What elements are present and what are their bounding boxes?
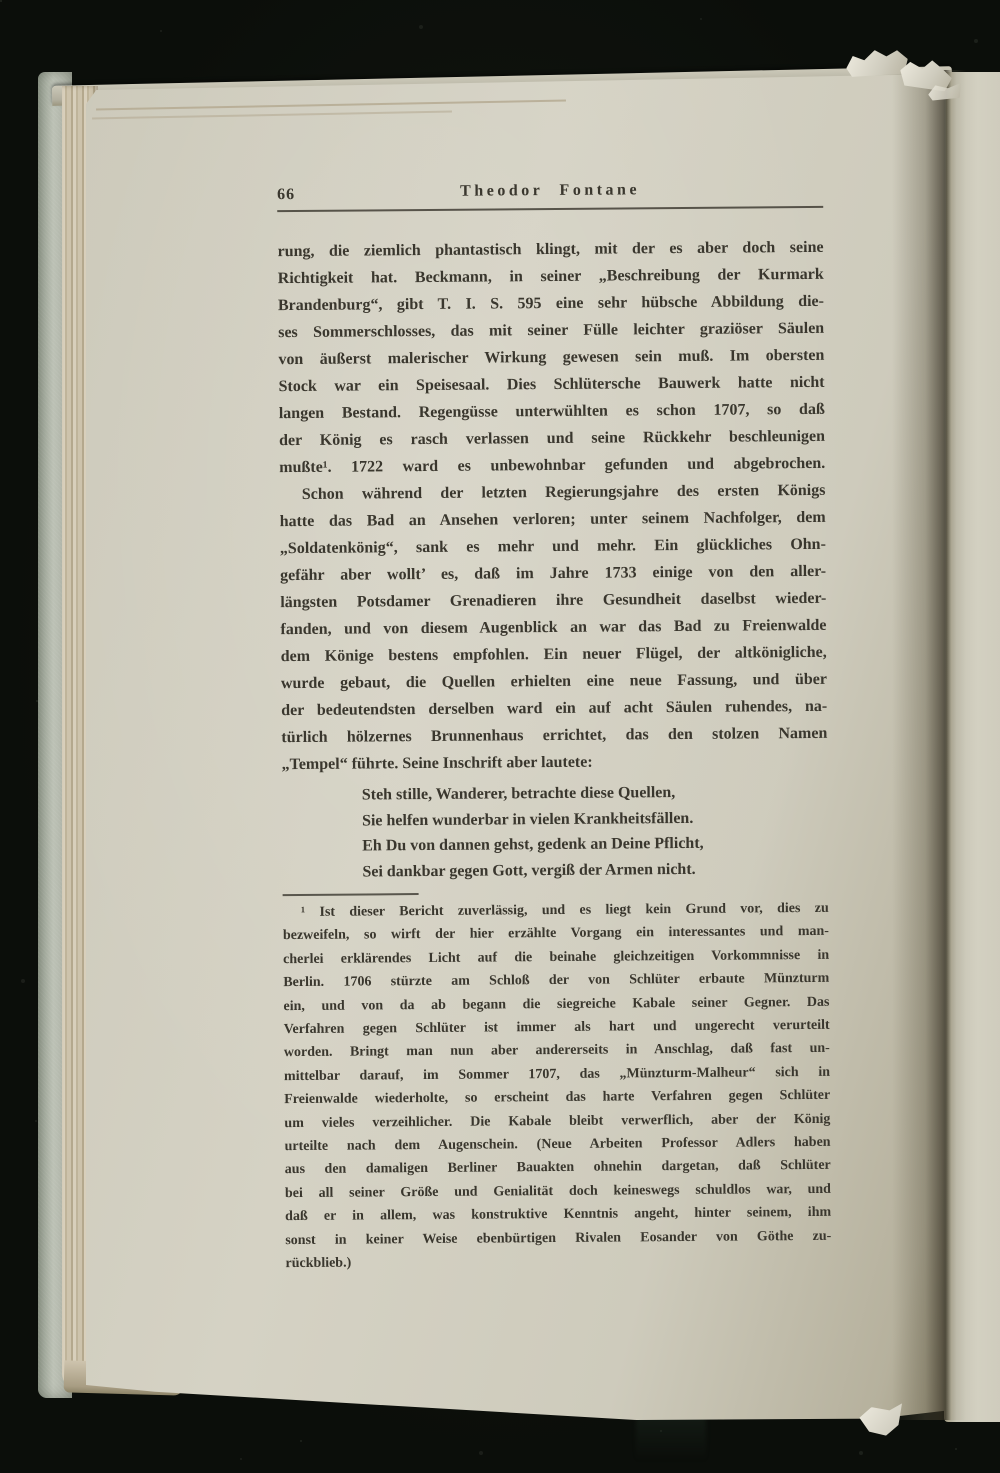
page-content: 66 Theodor Fontane rung, die ziemlich ph…	[277, 178, 832, 1276]
text-line: Stock war ein Speisesaal. Dies Schlüters…	[279, 369, 825, 400]
page-header: 66 Theodor Fontane	[277, 178, 823, 208]
text-line: dem Könige bestens empfohlen. Ein neuer …	[281, 639, 827, 670]
text-line: sonst in keiner Weise ebenbürtigen Rival…	[285, 1225, 831, 1253]
text-line: Steh stille, Wanderer, betrachte diese Q…	[362, 779, 828, 808]
page-number: 66	[277, 186, 295, 204]
text-line: Sie helfen wunderbar in vielen Krankheit…	[362, 804, 828, 833]
text-line: fanden, und von diesem Augenblick an war…	[280, 612, 826, 643]
text-line: Richtigkeit hat. Beckmann, in seiner „Be…	[278, 261, 824, 292]
text-line: der bedeutendsten derselben ward ein auf…	[281, 693, 827, 724]
footnote-text: ¹ Ist dieser Bericht zuverlässig, und es…	[283, 897, 832, 1276]
recto-page-sliver	[944, 72, 1000, 1422]
verse-block: Steh stille, Wanderer, betrachte diese Q…	[362, 779, 829, 885]
text-line: rung, die ziemlich phantastisch klingt, …	[277, 234, 823, 265]
body-paragraph-2: Schon während der letzten Regierungsjahr…	[279, 477, 827, 778]
text-line: türlich hölzernes Brunnenhaus errichtet,…	[281, 720, 827, 751]
backdrop-speckles	[0, 0, 2, 2]
text-line: rückblieb.)	[285, 1248, 831, 1276]
text-line: Brandenburg“, gibt T. I. S. 595 eine seh…	[278, 288, 824, 319]
book-photo: 66 Theodor Fontane rung, die ziemlich ph…	[0, 0, 1000, 1473]
text-line: der König es rasch verlassen und seine R…	[279, 423, 825, 454]
running-title: Theodor Fontane	[460, 181, 640, 200]
text-line: gefähr aber wollt’ es, daß im Jahre 1733…	[280, 558, 826, 589]
crumpled-paper-scrap	[845, 47, 909, 78]
text-line: „Tempel“ führte. Seine Inschrift aber la…	[281, 747, 827, 778]
text-line: Sei dankbar gegen Gott, vergiß der Armen…	[362, 855, 828, 884]
text-line: ses Sommerschlosses, das mit seiner Füll…	[278, 315, 824, 346]
text-line: längsten Potsdamer Grenadieren ihre Gesu…	[280, 585, 826, 616]
text-line: wurde gebaut, die Quellen erhielten eine…	[281, 666, 827, 697]
text-line: langen Bestand. Regengüsse unterwühlten …	[279, 396, 825, 427]
body-paragraph-1: rung, die ziemlich phantastisch klingt, …	[277, 234, 825, 481]
text-line: mußte¹. 1722 ward es unbewohnbar gefunde…	[279, 450, 825, 481]
text-line: Eh Du von dannen gehst, gedenk an Deine …	[362, 830, 828, 859]
text-line: „Soldatenkönig“, sank es mehr und mehr. …	[280, 531, 826, 562]
text-line: von äußerst malerischer Wirkung gewesen …	[278, 342, 824, 373]
body-text: rung, die ziemlich phantastisch klingt, …	[277, 234, 827, 778]
footnote-rule	[283, 893, 419, 896]
text-line: Schon während der letzten Regierungsjahr…	[279, 477, 825, 508]
text-line: hatte das Bad an Ansehen verloren; unter…	[280, 504, 826, 535]
